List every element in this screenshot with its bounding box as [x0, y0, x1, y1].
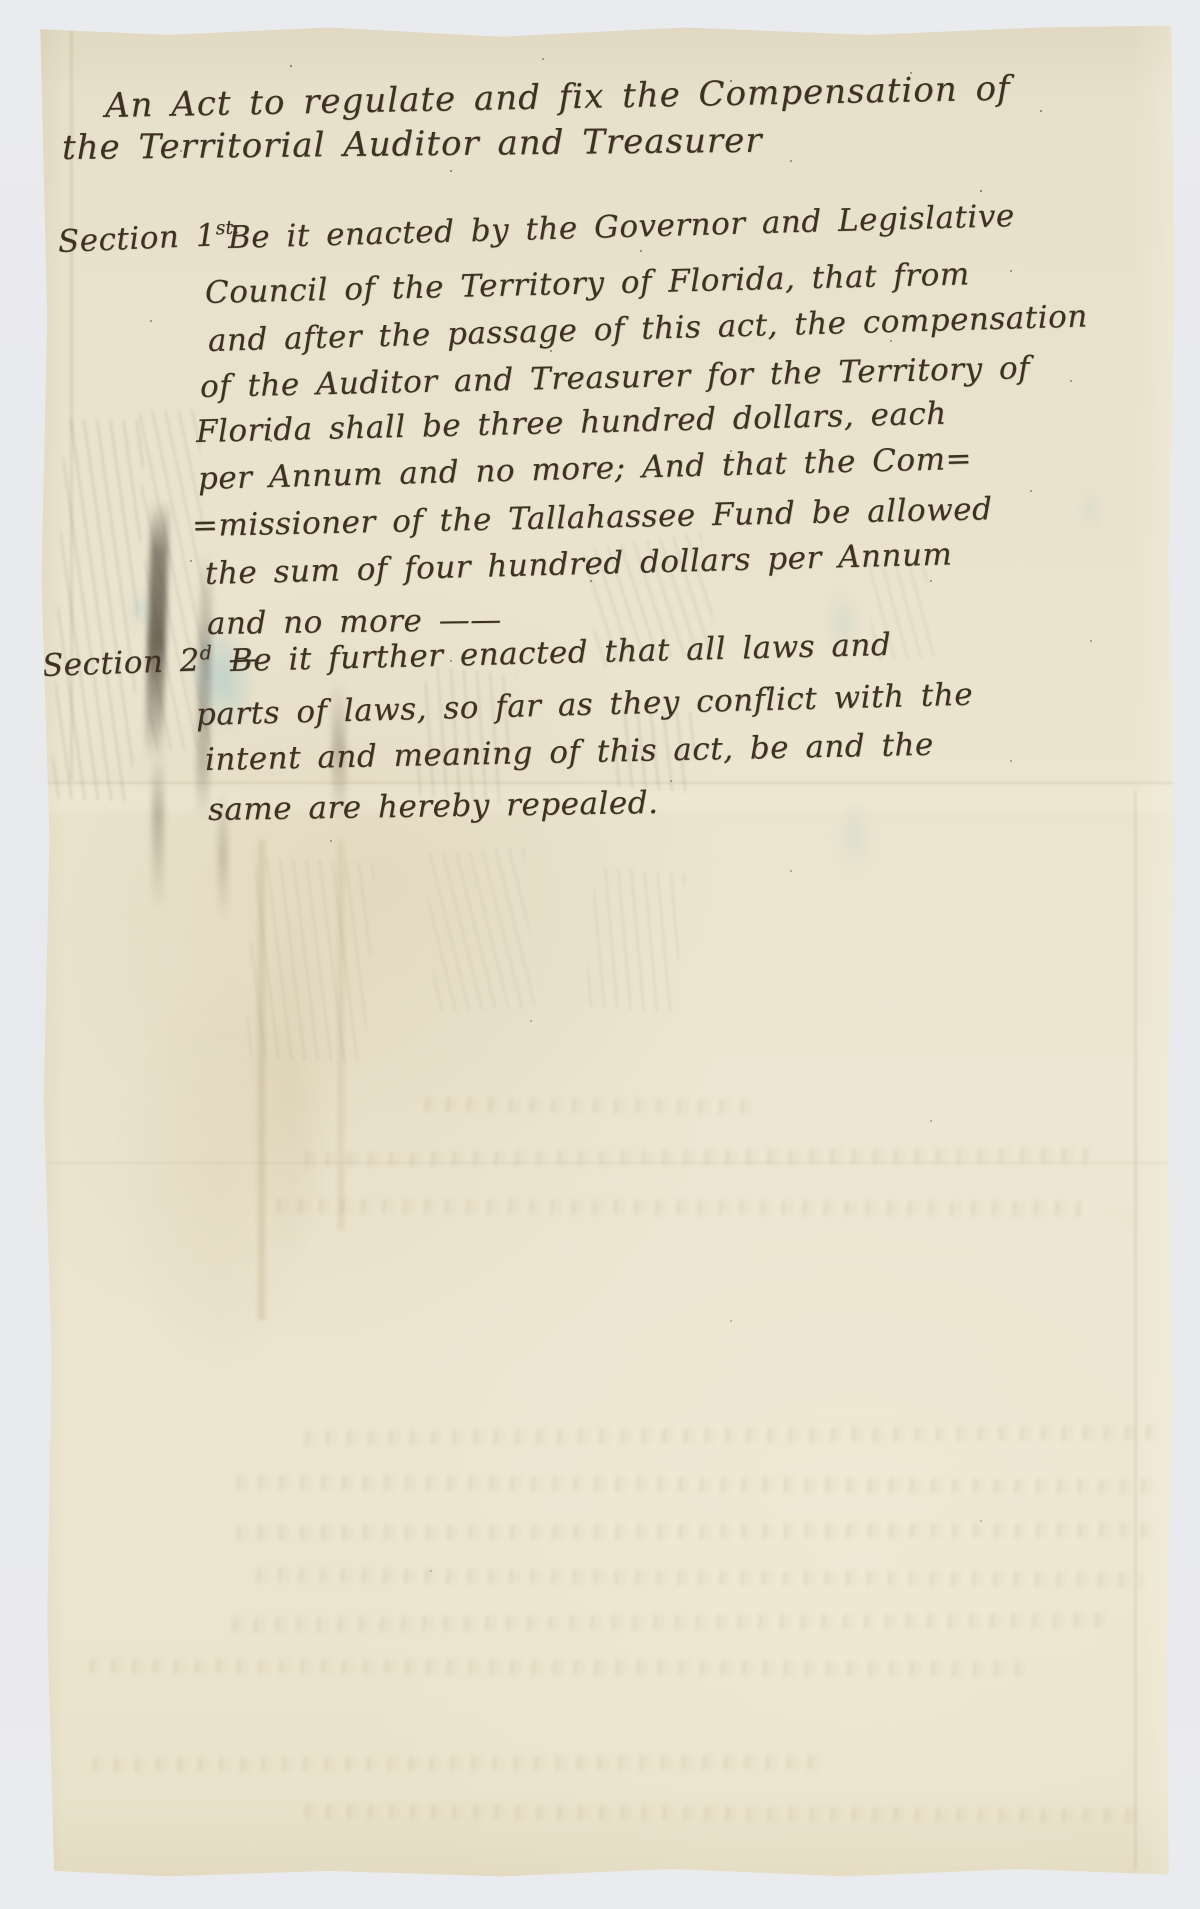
blue-smudge	[830, 780, 880, 890]
manuscript-text-line: same are hereby repealed.	[208, 785, 659, 829]
section-label-superscript: d	[199, 642, 212, 664]
ink-smudge	[152, 750, 164, 910]
blue-smudge	[1075, 475, 1105, 545]
blue-smudge	[122, 580, 162, 640]
ink-smudge	[145, 500, 170, 760]
pencil-scribbles	[584, 866, 686, 1013]
paper-stain	[258, 840, 265, 1320]
bleedthrough-line	[300, 1425, 1160, 1446]
manuscript-text-line: =missioner of the Tallahassee Fund be al…	[192, 491, 993, 545]
bleedthrough-line	[420, 1097, 750, 1114]
manuscript-text-line: the sum of four hundred dollars per Annu…	[205, 536, 953, 593]
manuscript-text-line: intent and meaning of this act, be and t…	[205, 727, 935, 779]
pencil-scribbles	[245, 857, 375, 1063]
manuscript-page: An Act to regulate and fix the Compensat…	[30, 20, 1178, 1882]
bleedthrough-line	[232, 1522, 1162, 1540]
bleedthrough-line	[252, 1568, 1142, 1588]
fold-crease-horizontal	[30, 1162, 1178, 1166]
section-label: Section 2d —	[41, 640, 260, 685]
section-label: Section 1st.	[57, 216, 240, 261]
section-label-text: Section 1	[57, 217, 216, 260]
pencil-scribbles	[425, 847, 536, 1014]
manuscript-text-line: Council of the Territory of Florida, tha…	[205, 256, 971, 312]
scanner-background: An Act to regulate and fix the Compensat…	[0, 0, 1200, 1909]
paper-stain	[90, 920, 350, 1420]
manuscript-text-line: Be it enacted by the Governor and Legisl…	[227, 198, 1015, 257]
manuscript-text-line: per Annum and no more; And that the Com=	[198, 441, 973, 498]
bleedthrough-line	[300, 1804, 1140, 1823]
bleedthrough-line	[300, 1148, 1090, 1167]
bleedthrough-line	[228, 1613, 1108, 1633]
fold-crease-vertical	[1134, 790, 1137, 1870]
ink-speckles	[30, 20, 32, 22]
bleedthrough-line	[85, 1658, 1035, 1676]
section-label-text: Section 2	[41, 642, 200, 683]
document-title-line: the Territorial Auditor and Treasurer	[62, 121, 763, 169]
manuscript-text-line: Florida shall be three hundred dollars, …	[196, 396, 948, 452]
bleedthrough-line	[88, 1755, 818, 1773]
paper-stain	[338, 840, 344, 1230]
paper-stain	[230, 850, 350, 1320]
bleedthrough-line	[232, 1475, 1162, 1495]
pencil-scribbles	[51, 419, 144, 802]
manuscript-text-line: parts of laws, so far as they conflict w…	[196, 677, 974, 735]
bleedthrough-line	[272, 1199, 1082, 1217]
document-title-line: An Act to regulate and fix the Compensat…	[105, 69, 1011, 127]
